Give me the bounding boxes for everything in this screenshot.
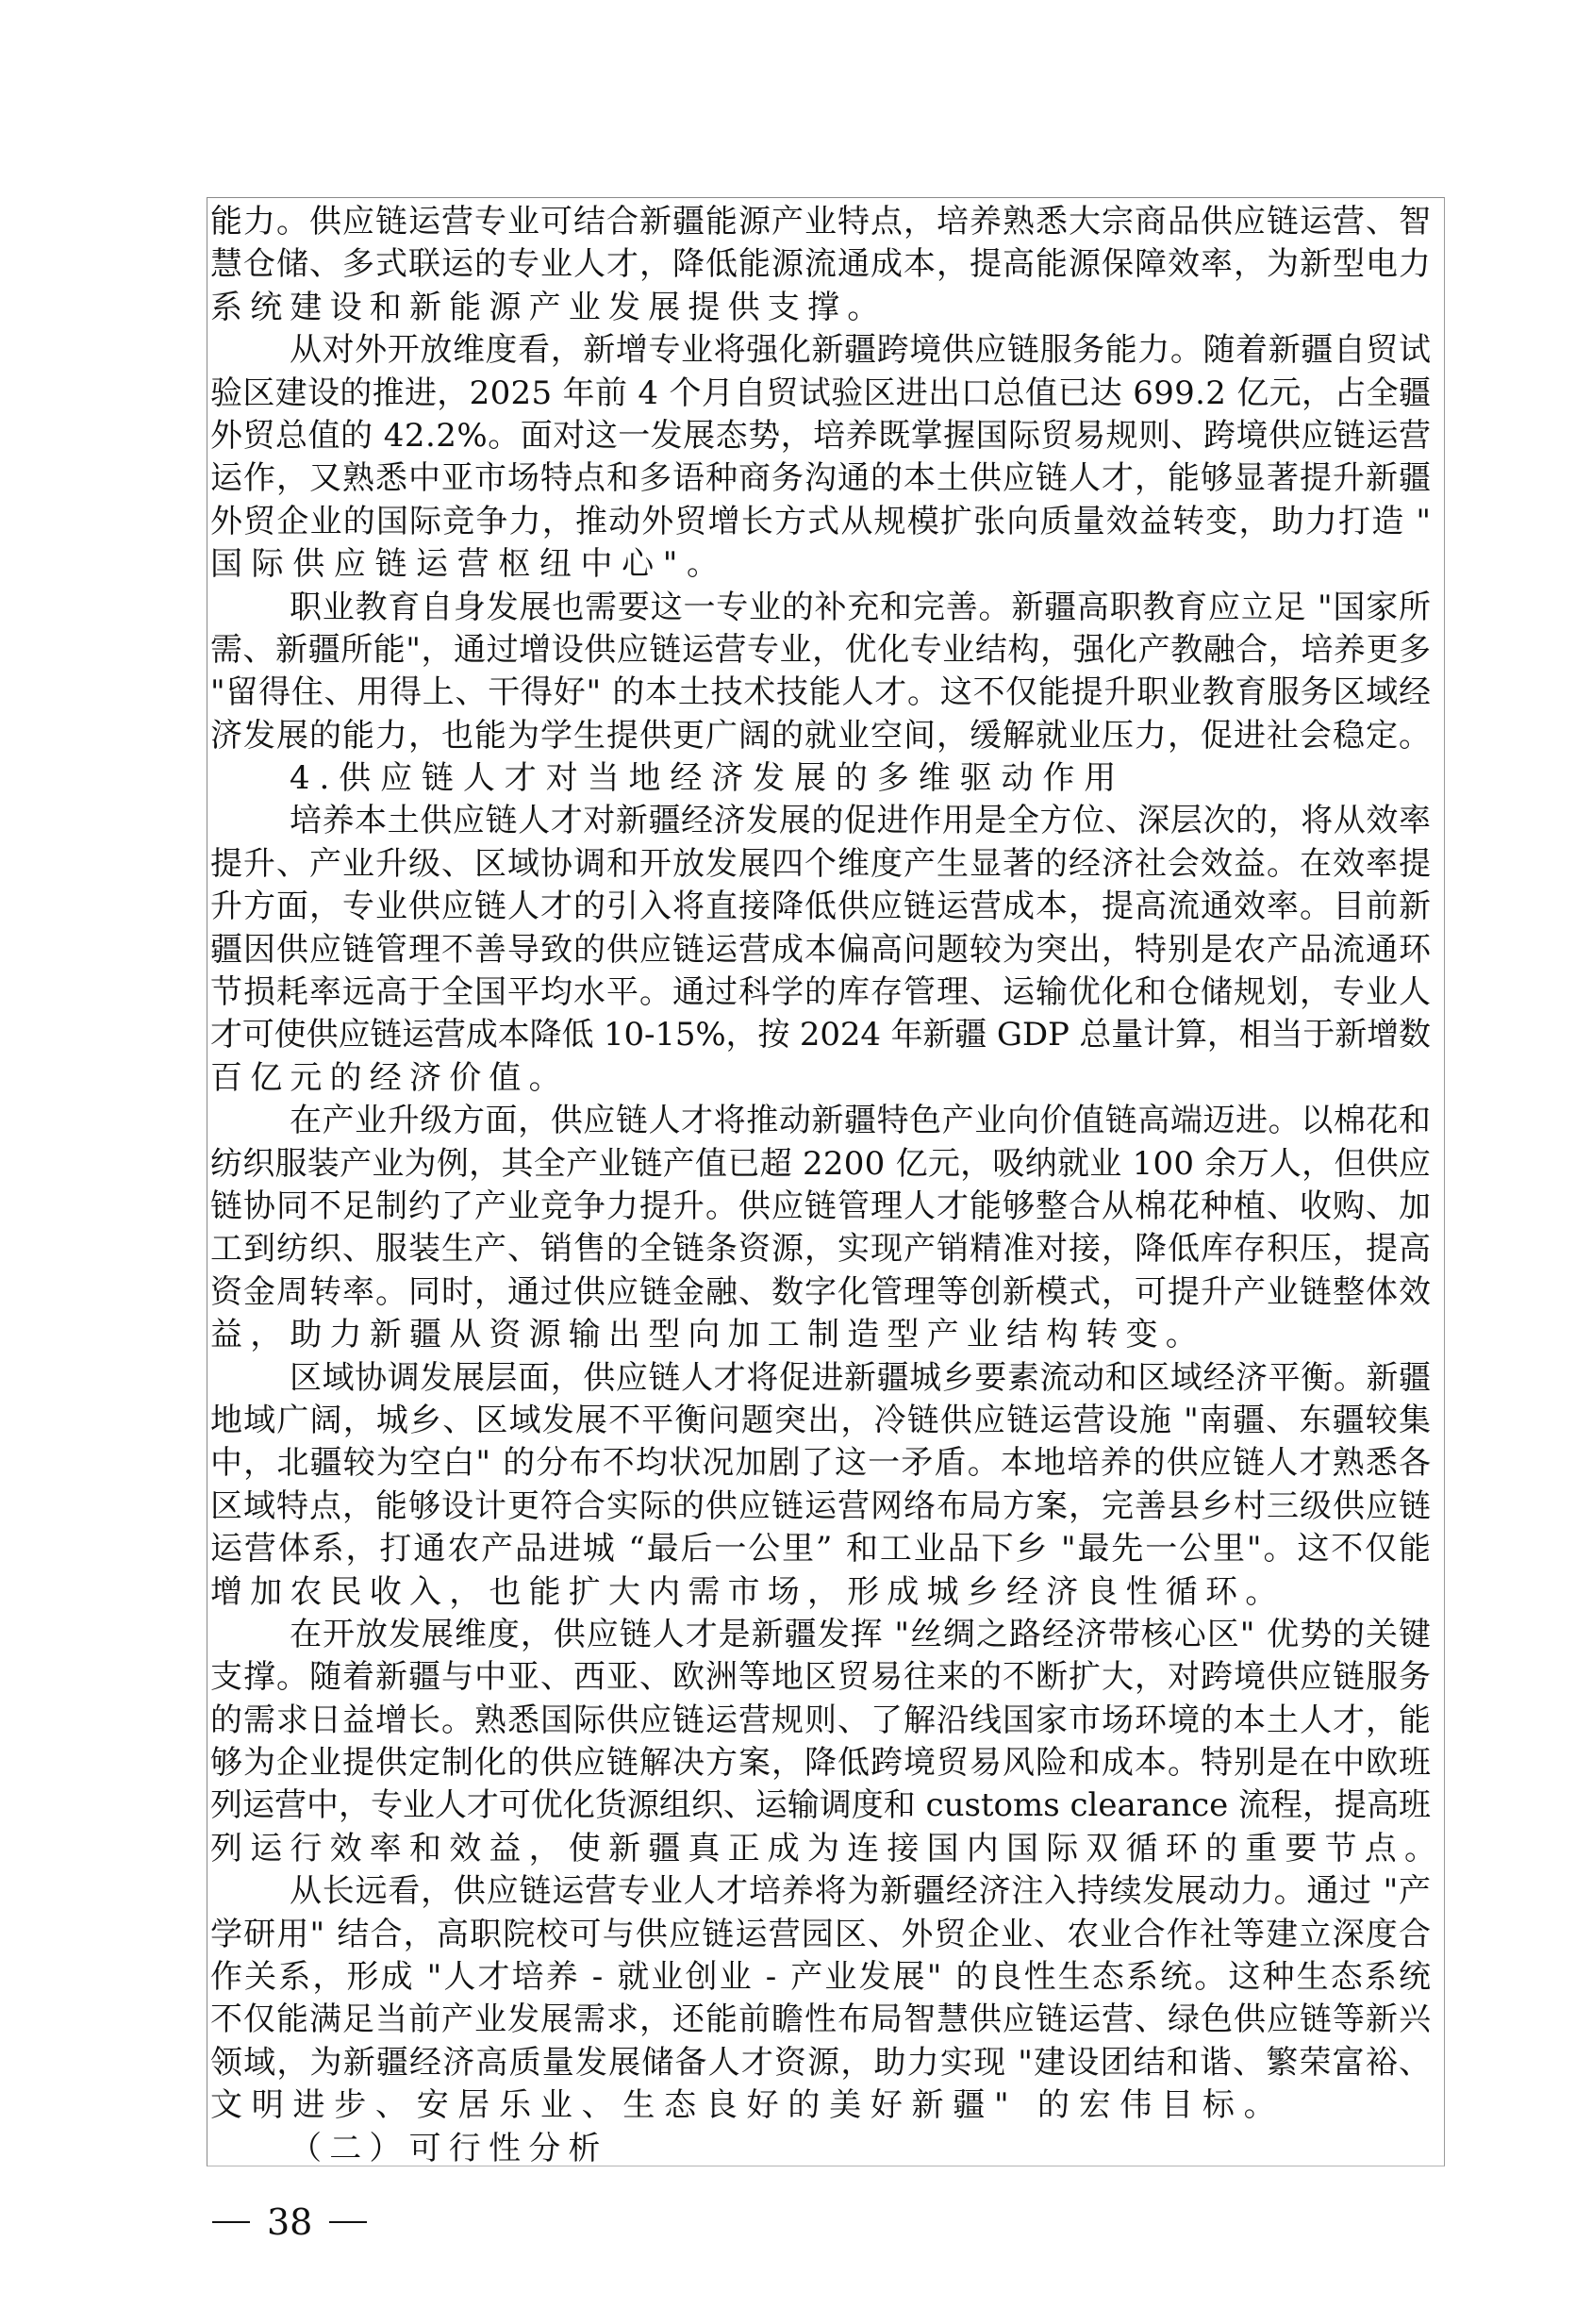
text-line: 资金周转率。同时，通过供应链金融、数字化管理等创新模式，可提升产业链整体效 (210, 1271, 1431, 1314)
text-line: 工到纺织、服装生产、销售的全链条资源，实现产销精准对接，降低库存积压，提高 (210, 1228, 1431, 1270)
text-line: 节损耗率远高于全国平均水平。通过科学的库存管理、运输优化和仓储规划，专业人 (210, 971, 1431, 1014)
text-line: 需、新疆所能"，通过增设供应链运营专业，优化专业结构，强化产教融合，培养更多 (210, 629, 1431, 672)
text-line: 列运营中，专业人才可优化货源组织、运输调度和 customs clearance… (210, 1784, 1431, 1827)
text-line: 提升、产业升级、区域协调和开放发展四个维度产生显著的经济社会效益。在效率提 (210, 843, 1431, 886)
text-line: 区域特点，能够设计更符合实际的供应链运营网络布局方案，完善县乡村三级供应链 (210, 1486, 1431, 1528)
paragraph-first-line: 从对外开放维度看，新增专业将强化新疆跨境供应链服务能力。随着新疆自贸试 (210, 329, 1431, 372)
text-line: 列运行效率和效益，使新疆真正成为连接国内国际双循环的重要节点。 (210, 1828, 1431, 1870)
text-line: 升方面，专业供应链人才的引入将直接降低供应链运营成本，提高流通效率。目前新 (210, 886, 1431, 928)
text-line: 链协同不足制约了产业竞争力提升。供应链管理人才能够整合从棉花种植、收购、加 (210, 1186, 1431, 1228)
text-line: 能力。供应链运营专业可结合新疆能源产业特点，培养熟悉大宗商品供应链运营、智 (210, 201, 1431, 243)
text-frame: 能力。供应链运营专业可结合新疆能源产业特点，培养熟悉大宗商品供应链运营、智慧仓储… (207, 197, 1445, 2166)
text-line: 纺织服装产业为例，其全产业链产值已超 2200 亿元，吸纳就业 100 余万人，… (210, 1143, 1431, 1186)
text-line: 疆因供应链管理不善导致的供应链运营成本偏高问题较为突出，特别是农产品流通环 (210, 929, 1431, 971)
paragraph-first-line: 培养本土供应链人才对新疆经济发展的促进作用是全方位、深层次的，将从效率 (210, 800, 1431, 842)
paragraph-first-line: 职业教育自身发展也需要这一专业的补充和完善。新疆高职教育应立足 "国家所 (210, 587, 1431, 629)
text-line: 益，助力新疆从资源输出型向加工制造型产业结构转变。 (210, 1314, 1431, 1356)
paragraph-first-line: 从长远看，供应链运营专业人才培养将为新疆经济注入持续发展动力。通过 "产 (210, 1870, 1431, 1913)
text-line: 系统建设和新能源产业发展提供支撑。 (210, 287, 1431, 329)
text-line: 作关系，形成 "人才培养 - 就业创业 - 产业发展" 的良性生态系统。这种生态… (210, 1956, 1431, 1999)
text-line: 慧仓储、多式联运的专业人才，降低能源流通成本，提高能源保障效率，为新型电力 (210, 243, 1431, 286)
text-line: 外贸总值的 42.2%。面对这一发展态势，培养既掌握国际贸易规则、跨境供应链运营 (210, 415, 1431, 457)
dash-left (212, 2221, 250, 2223)
dash-right (329, 2221, 367, 2223)
body-text: 能力。供应链运营专业可结合新疆能源产业特点，培养熟悉大宗商品供应链运营、智慧仓储… (210, 198, 1431, 2170)
text-line: 外贸企业的国际竞争力，推动外贸增长方式从规模扩张向质量效益转变，助力打造 " (210, 501, 1431, 543)
paragraph-first-line: 区域协调发展层面，供应链人才将促进新疆城乡要素流动和区域经济平衡。新疆 (210, 1357, 1431, 1400)
text-line: 领域，为新疆经济高质量发展储备人才资源，助力实现 "建设团结和谐、繁荣富裕、 (210, 2042, 1431, 2084)
text-line: 国际供应链运营枢纽中心"。 (210, 543, 1431, 586)
text-line: 才可使供应链运营成本降低 10-15%，按 2024 年新疆 GDP 总量计算，… (210, 1014, 1431, 1056)
text-line: 运作，又熟悉中亚市场特点和多语种商务沟通的本土供应链人才，能够显著提升新疆 (210, 457, 1431, 500)
text-line: "留得住、用得上、干得好" 的本土技术技能人才。这不仅能提升职业教育服务区域经 (210, 672, 1431, 714)
text-line: 济发展的能力，也能为学生提供更广阔的就业空间，缓解就业压力，促进社会稳定。 (210, 715, 1431, 757)
text-line: 的需求日益增长。熟悉国际供应链运营规则、了解沿线国家市场环境的本土人才，能 (210, 1700, 1431, 1742)
paragraph-first-line: 4.供应链人才对当地经济发展的多维驱动作用 (210, 757, 1431, 800)
paragraph-first-line: 在产业升级方面，供应链人才将推动新疆特色产业向价值链高端迈进。以棉花和 (210, 1100, 1431, 1142)
text-line: 百亿元的经济价值。 (210, 1057, 1431, 1100)
page-number: 38 (267, 2196, 312, 2249)
text-line: 文明进步、安居乐业、生态良好的美好新疆" 的宏伟目标。 (210, 2084, 1431, 2127)
text-line: 验区建设的推进，2025 年前 4 个月自贸试验区进出口总值已达 699.2 亿… (210, 373, 1431, 415)
text-line: 不仅能满足当前产业发展需求，还能前瞻性布局智慧供应链运营、绿色供应链等新兴 (210, 1999, 1431, 2041)
text-line: 够为企业提供定制化的供应链解决方案，降低跨境贸易风险和成本。特别是在中欧班 (210, 1742, 1431, 1784)
paragraph-first-line: （二）可行性分析 (210, 2128, 1431, 2170)
text-line: 运营体系，打通农产品进城 “最后一公里” 和工业品下乡 "最先一公里"。这不仅能 (210, 1528, 1431, 1570)
text-line: 增加农民收入，也能扩大内需市场，形成城乡经济良性循环。 (210, 1571, 1431, 1614)
page-footer: 38 (212, 2196, 367, 2249)
text-line: 地域广阔，城乡、区域发展不平衡问题突出，冷链供应链运营设施 "南疆、东疆较集 (210, 1400, 1431, 1442)
text-line: 支撑。随着新疆与中亚、西亚、欧洲等地区贸易往来的不断扩大，对跨境供应链服务 (210, 1656, 1431, 1699)
paragraph-first-line: 在开放发展维度，供应链人才是新疆发挥 "丝绸之路经济带核心区" 优势的关键 (210, 1614, 1431, 1656)
document-page: 能力。供应链运营专业可结合新疆能源产业特点，培养熟悉大宗商品供应链运营、智慧仓储… (0, 0, 1592, 2324)
text-line: 学研用" 结合，高职院校可与供应链运营园区、外贸企业、农业合作社等建立深度合 (210, 1914, 1431, 1956)
text-line: 中，北疆较为空白" 的分布不均状况加剧了这一矛盾。本地培养的供应链人才熟悉各 (210, 1442, 1431, 1485)
